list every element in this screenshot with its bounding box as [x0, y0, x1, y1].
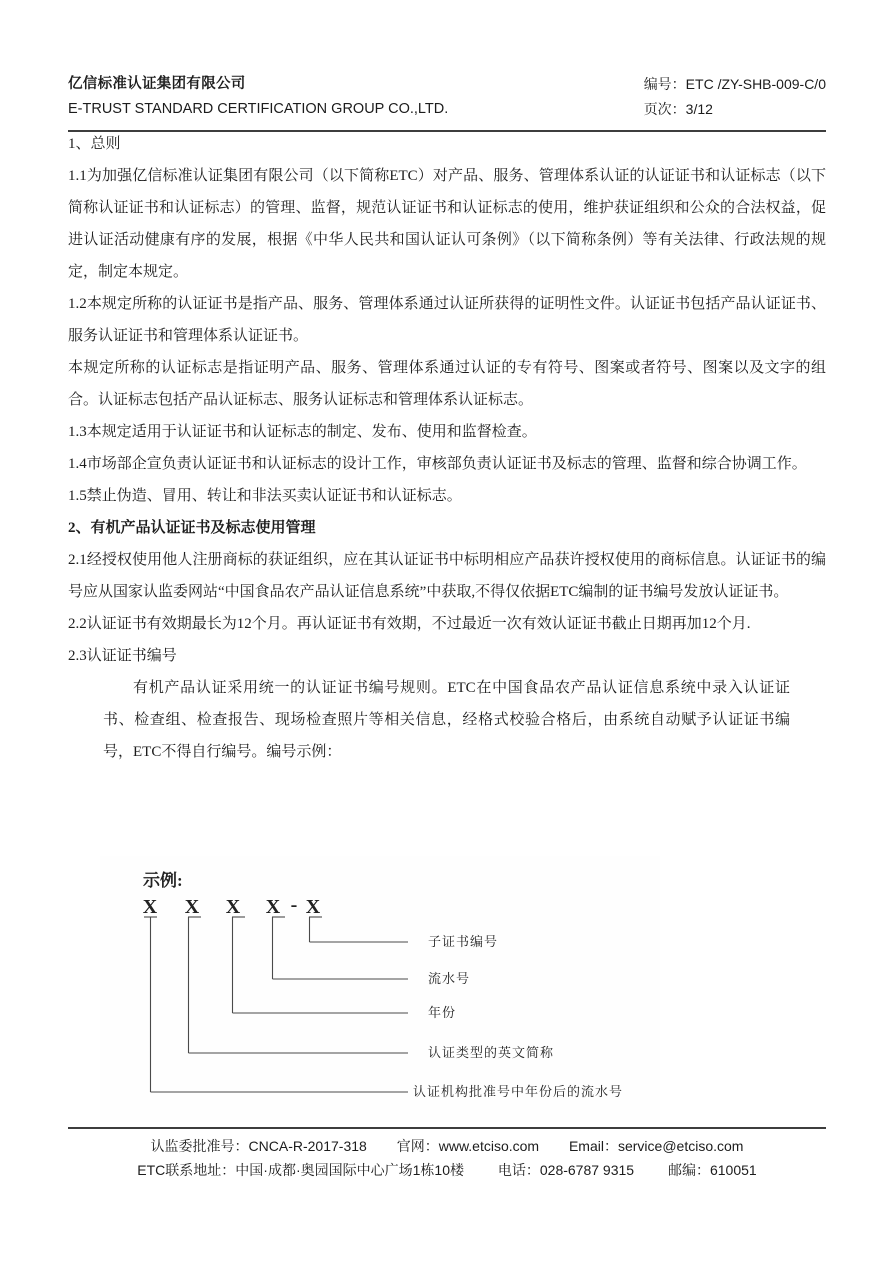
company-name-en: E-TRUST STANDARD CERTIFICATION GROUP CO.…	[68, 97, 448, 122]
code-separator: -	[291, 894, 298, 916]
company-block: 亿信标准认证集团有限公司 E-TRUST STANDARD CERTIFICAT…	[68, 72, 448, 122]
code-char-3: X	[226, 896, 241, 918]
diagram-example-label: 示例:	[143, 870, 183, 890]
page-header: 亿信标准认证集团有限公司 E-TRUST STANDARD CERTIFICAT…	[68, 72, 826, 132]
paragraph-2-2: 2.2认证证书有效期最长为12个月。再认证证书有效期，不过最近一次有效认证证书截…	[68, 608, 826, 640]
code-char-2: X	[185, 896, 200, 918]
section-1-title: 1、总则	[68, 128, 826, 160]
label-year: 年份	[428, 1005, 456, 1020]
document-body: 1、总则 1.1为加强亿信标准认证集团有限公司（以下简称ETC）对产品、服务、管…	[68, 128, 826, 768]
doc-meta-block: 编号：ETC /ZY-SHB-009-C/0 页次：3/12	[644, 72, 826, 122]
code-char-1: X	[143, 896, 158, 918]
label-certification-type-abbr: 认证类型的英文简称	[428, 1045, 554, 1060]
paragraph-1-3: 1.3本规定适用于认证证书和认证标志的制定、发布、使用和监督检查。	[68, 416, 826, 448]
section-2-title: 2、有机产品认证证书及标志使用管理	[68, 512, 826, 544]
paragraph-2-1: 2.1经授权使用他人注册商标的获证组织，应在其认证证书中标明相应产品获许授权使用…	[68, 544, 826, 608]
footer-line-1: 认监委批准号：CNCA-R-2017-318 官网：www.etciso.com…	[68, 1134, 826, 1158]
code-char-4: X	[266, 896, 281, 918]
paragraph-1-4: 1.4市场部企宣负责认证证书和认证标志的设计工作，审核部负责认证证书及标志的管理…	[68, 448, 826, 480]
company-name-cn: 亿信标准认证集团有限公司	[68, 72, 448, 97]
paragraph-1-2: 1.2本规定所称的认证证书是指产品、服务、管理体系通过认证所获得的证明性文件。认…	[68, 288, 826, 352]
footer-postcode: 邮编：610051	[668, 1158, 757, 1182]
page-number: 页次：3/12	[644, 97, 826, 122]
document-page: 亿信标准认证集团有限公司 E-TRUST STANDARD CERTIFICAT…	[0, 0, 893, 1262]
footer-line-2: ETC联系地址：中国·成都·奥园国际中心广场1栋10楼 电话：028-6787 …	[68, 1158, 826, 1182]
diagram-svg: 示例: X X X X - X 子证书编号	[100, 856, 660, 1122]
paragraph-2-3-detail: 有机产品认证采用统一的认证证书编号规则。ETC在中国食品农产品认证信息系统中录入…	[103, 672, 790, 768]
footer-email: Email：service@etciso.com	[569, 1134, 743, 1158]
paragraph-1-5: 1.5禁止伪造、冒用、转让和非法买卖认证证书和认证标志。	[68, 480, 826, 512]
page-footer: 认监委批准号：CNCA-R-2017-318 官网：www.etciso.com…	[68, 1127, 826, 1182]
label-serial-number: 流水号	[428, 971, 470, 986]
footer-website: 官网：www.etciso.com	[397, 1134, 539, 1158]
paragraph-2-3: 2.3认证证书编号	[68, 640, 826, 672]
doc-number: 编号：ETC /ZY-SHB-009-C/0	[644, 72, 826, 97]
paragraph-1-2b: 本规定所称的认证标志是指证明产品、服务、管理体系通过认证的专有符号、图案或者符号…	[68, 352, 826, 416]
certificate-number-diagram: 示例: X X X X - X 子证书编号	[100, 856, 660, 1122]
code-char-5: X	[306, 896, 321, 918]
footer-approval-number: 认监委批准号：CNCA-R-2017-318	[151, 1134, 367, 1158]
footer-phone: 电话：028-6787 9315	[498, 1158, 634, 1182]
paragraph-1-1: 1.1为加强亿信标准认证集团有限公司（以下简称ETC）对产品、服务、管理体系认证…	[68, 160, 826, 288]
footer-address: ETC联系地址：中国·成都·奥园国际中心广场1栋10楼	[137, 1158, 464, 1182]
label-sub-certificate-number: 子证书编号	[428, 934, 498, 949]
label-body-approval-serial: 认证机构批准号中年份后的流水号	[413, 1084, 623, 1099]
